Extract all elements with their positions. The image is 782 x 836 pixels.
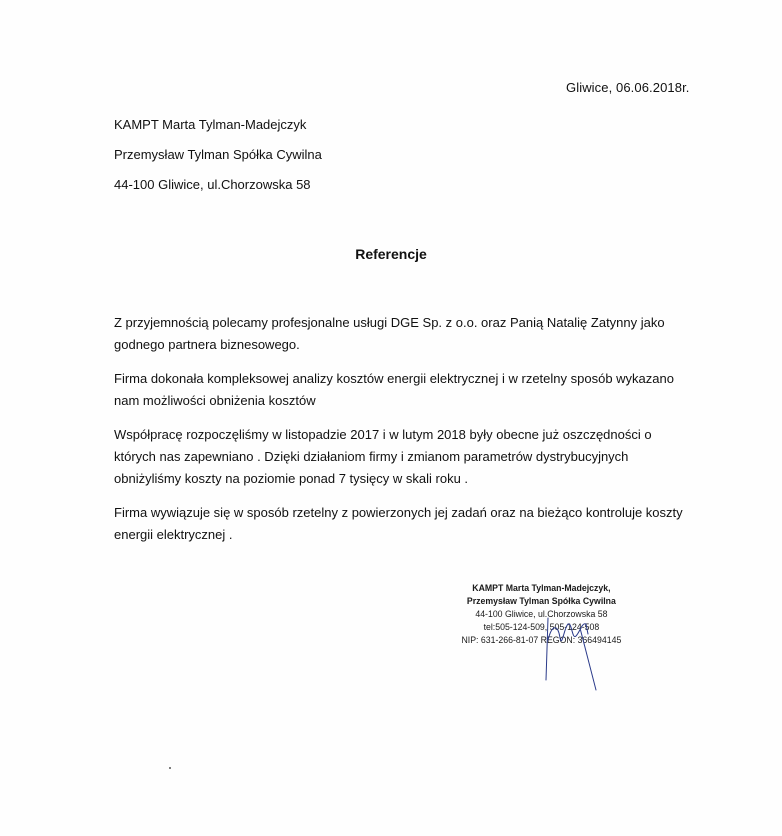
scanned-letter-page: Gliwice, 06.06.2018r. KAMPT Marta Tylman… — [0, 0, 782, 836]
addressee-partnership: Przemysław Tylman Spółka Cywilna — [114, 147, 322, 177]
letter-title: Referencje — [0, 246, 782, 262]
paragraph-reliability: Firma wywiązuje się w sposób rzetelny z … — [114, 502, 694, 546]
addressee-block: KAMPT Marta Tylman-Madejczyk Przemysław … — [114, 117, 322, 207]
stamp-phone: tel:505-124-509, 505-124-508 — [454, 621, 629, 634]
paragraph-analysis: Firma dokonała kompleksowej analizy kosz… — [114, 368, 694, 412]
stamp-tax-ids: NIP: 631-266-81-07 REGON: 366494145 — [454, 634, 629, 647]
addressee-address: 44-100 Gliwice, ul.Chorzowska 58 — [114, 177, 322, 207]
letter-date: Gliwice, 06.06.2018r. — [566, 80, 690, 95]
letter-body: Z przyjemnością polecamy profesjonalne u… — [114, 312, 694, 558]
stamp-address: 44-100 Gliwice, ul.Chorzowska 58 — [454, 608, 629, 621]
addressee-company: KAMPT Marta Tylman-Madejczyk — [114, 117, 322, 147]
company-stamp: KAMPT Marta Tylman-Madejczyk, Przemysław… — [454, 582, 629, 647]
stamp-partnership: Przemysław Tylman Spółka Cywilna — [454, 595, 629, 608]
paragraph-cooperation: Współpracę rozpoczęliśmy w listopadzie 2… — [114, 424, 694, 490]
stamp-company: KAMPT Marta Tylman-Madejczyk, — [454, 582, 629, 595]
scan-speck — [169, 767, 171, 769]
paragraph-recommendation: Z przyjemnością polecamy profesjonalne u… — [114, 312, 694, 356]
